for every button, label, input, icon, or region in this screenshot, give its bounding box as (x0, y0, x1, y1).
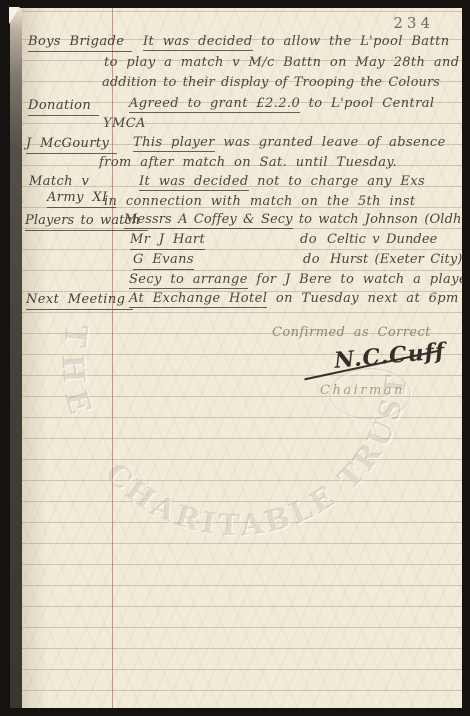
margin-heading-match-v: Match v (29, 174, 89, 190)
entry-line: It was decided to allow the L'pool Battn (143, 34, 449, 50)
watch-target: Hurst (Exeter City) (330, 252, 462, 268)
entry-line: to play a match v M/c Battn on May 28th … (104, 55, 462, 71)
line-text: to L'pool Central (300, 96, 434, 111)
underlined-phrase: It was decided (143, 34, 253, 51)
ditto-mark: do (300, 232, 317, 248)
margin-heading-mcgourty: J McGourty (26, 136, 117, 154)
underlined-phrase: Secy to arrange (129, 272, 248, 289)
margin-heading-boys-brigade: Boys Brigade (28, 34, 132, 52)
underlined-phrase: At Exchange Hotel (129, 291, 267, 308)
entry-line: It was decided not to charge any Exs (139, 174, 425, 190)
handwritten-minutes: Boys Brigade It was decided to allow the… (22, 8, 462, 708)
player-scout-name: G Evans (133, 252, 194, 270)
signatory-role: Chairman (320, 383, 405, 399)
confirmation-text: Confirmed as Correct (272, 325, 431, 341)
player-scout-name: Mr J Hart (130, 232, 205, 250)
margin-heading-next-meeting: Next Meeting (26, 292, 133, 310)
margin-heading-donation: Donation (28, 98, 99, 116)
entry-line: Secy to arrange for J Bere to watch a pl… (129, 272, 462, 288)
entry-line: in connection with match on the 5th inst (104, 194, 415, 210)
ledger-page: THE CHARITABLE TRUST THE CHARITABLE TRUS… (22, 8, 462, 708)
line-text: for J Bere to watch a player (248, 272, 462, 287)
entry-line: from after match on Sat. until Tuesday. (99, 155, 397, 171)
underlined-phrase: Messrs A Coffey & Secy (124, 212, 293, 229)
underlined-phrase: Agreed to grant £2.2.0 (129, 96, 300, 113)
underlined-phrase: It was decided (139, 174, 249, 191)
entry-line: This player was granted leave of absence (133, 135, 446, 151)
line-text: to allow the L'pool Battn (253, 34, 450, 49)
entry-line: Agreed to grant £2.2.0 to L'pool Central (129, 96, 434, 112)
entry-line: At Exchange Hotel on Tuesday next at 6pm (129, 291, 459, 307)
ditto-mark: do (303, 252, 320, 268)
entry-line: Messrs A Coffey & Secy to watch Johnson … (124, 212, 462, 228)
underlined-phrase: This player (133, 135, 215, 152)
line-text: to watch Johnson (Oldham) (293, 212, 462, 227)
entry-line: addition to their display of Trooping th… (102, 75, 440, 91)
entry-line: YMCA (103, 116, 146, 132)
line-text: was granted leave of absence (215, 135, 446, 150)
line-text: on Tuesday next at 6pm (267, 291, 458, 306)
watch-target: Celtic v Dundee (327, 232, 437, 248)
page-corner-sliver (9, 7, 20, 24)
line-text: not to charge any Exs (249, 174, 426, 189)
